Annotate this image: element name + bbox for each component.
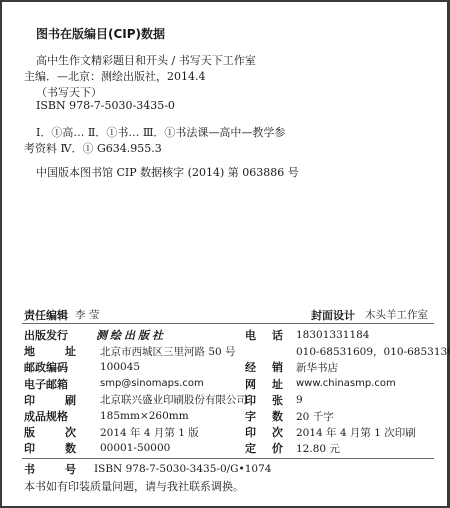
- cip-title: 图书在版编目(CIP)数据: [36, 25, 165, 42]
- detail-value: 2014 年 4 月第 1 次印刷: [296, 425, 416, 440]
- cip-publisher-line: 主编．—北京：测绘出版社，2014.4: [24, 68, 206, 84]
- cover-design-value: 木头羊工作室: [365, 307, 428, 322]
- divider-top: [22, 323, 434, 324]
- detail-label: 邮政编码: [24, 359, 76, 375]
- detail-value: 00001-50000: [100, 442, 170, 454]
- detail-value: 20 千字: [296, 409, 334, 424]
- detail-value: 100045: [100, 361, 140, 373]
- detail-row-publisher: 出版发行 测绘出版社: [24, 327, 247, 343]
- detail-value: 18301331184: [296, 329, 370, 341]
- detail-value: 010-68531609，010-68531363: [296, 344, 450, 359]
- isbn-value: ISBN 978-7-5030-3435-0/G•1074: [94, 463, 271, 475]
- detail-label: 字数: [245, 408, 283, 424]
- detail-label: 印刷: [24, 392, 76, 408]
- detail-label: 电话: [245, 327, 283, 343]
- detail-value: 2014 年 4 月第 1 版: [100, 425, 199, 440]
- detail-value: 185mm×260mm: [100, 410, 189, 422]
- website-value: www.chinasmp.com: [296, 378, 396, 389]
- editor-label: 责任编辑: [24, 307, 68, 323]
- details-right: 电话 18301331184 010-68531609，010-68531363…: [245, 327, 450, 457]
- isbn-row: 书号 ISBN 978-7-5030-3435-0/G•1074: [24, 461, 271, 477]
- detail-row-printer: 印刷 北京联兴盛业印刷股份有限公司: [24, 392, 247, 408]
- detail-label: 成品规格: [24, 408, 76, 424]
- detail-value: 新华书店: [296, 360, 338, 375]
- detail-label: 版次: [24, 424, 76, 440]
- quality-notice: 本书如有印装质量问题，请与我社联系调换。: [24, 478, 244, 494]
- email-value: smp@sinomaps.com: [100, 378, 204, 389]
- editor-value: 李 莹: [75, 307, 99, 322]
- cip-title-line: 高中生作文精彩题目和开头 / 书写天下工作室: [36, 52, 256, 68]
- detail-label: 印张: [245, 392, 283, 408]
- cover-design-label: 封面设计: [311, 307, 355, 323]
- publisher-logo-text: 测绘出版社: [96, 327, 166, 343]
- isbn-label: 书号: [24, 461, 76, 477]
- detail-row-word-count: 字数 20 千字: [245, 408, 450, 424]
- detail-row-impression: 印次 2014 年 4 月第 1 次印刷: [245, 424, 450, 440]
- detail-label: 定价: [245, 440, 283, 456]
- detail-row-email: 电子邮箱 smp@sinomaps.com: [24, 376, 247, 392]
- detail-row-address: 地址 北京市西城区三里河路 50 号: [24, 343, 247, 359]
- detail-row-phone-2: 010-68531609，010-68531363: [245, 343, 450, 359]
- price-value: 12.80 元: [296, 441, 340, 456]
- detail-row-price: 定价 12.80 元: [245, 440, 450, 456]
- detail-value: 北京市西城区三里河路 50 号: [100, 344, 236, 359]
- detail-row-size: 成品规格 185mm×260mm: [24, 408, 247, 424]
- detail-row-phone: 电话 18301331184: [245, 327, 450, 343]
- detail-label: 出版发行: [24, 327, 76, 343]
- detail-row-postcode: 邮政编码 100045: [24, 359, 247, 375]
- detail-row-sheets: 印张 9: [245, 392, 450, 408]
- cip-isbn-line: ISBN 978-7-5030-3435-0: [36, 99, 175, 112]
- cip-record-number: 中国版本图书馆 CIP 数据核字 (2014) 第 063886 号: [36, 164, 299, 180]
- detail-row-edition: 版次 2014 年 4 月第 1 版: [24, 424, 247, 440]
- detail-label: 印数: [24, 440, 76, 456]
- detail-row-print-run: 印数 00001-50000: [24, 440, 247, 456]
- detail-label: 经销: [245, 359, 283, 375]
- detail-label: 印次: [245, 424, 283, 440]
- cip-classification-line-1: Ⅰ．①高… Ⅱ．①书… Ⅲ．①书法课—高中—教学参: [36, 124, 285, 140]
- detail-row-distributor: 经销 新华书店: [245, 359, 450, 375]
- detail-label: 网址: [245, 376, 283, 392]
- detail-label: 电子邮箱: [24, 376, 76, 392]
- detail-label: 地址: [24, 343, 76, 359]
- cip-classification-line-2: 考资料 Ⅳ．① G634.955.3: [24, 140, 162, 156]
- details-left: 出版发行 测绘出版社 地址 北京市西城区三里河路 50 号 邮政编码 10004…: [24, 327, 247, 457]
- detail-row-website: 网址 www.chinasmp.com: [245, 376, 450, 392]
- divider-bottom: [22, 458, 434, 459]
- copyright-page: 图书在版编目(CIP)数据 高中生作文精彩题目和开头 / 书写天下工作室 主编．…: [0, 0, 450, 508]
- detail-value: 北京联兴盛业印刷股份有限公司: [100, 392, 247, 407]
- detail-value: 9: [296, 394, 303, 406]
- cip-series-line: （书写天下）: [36, 84, 102, 100]
